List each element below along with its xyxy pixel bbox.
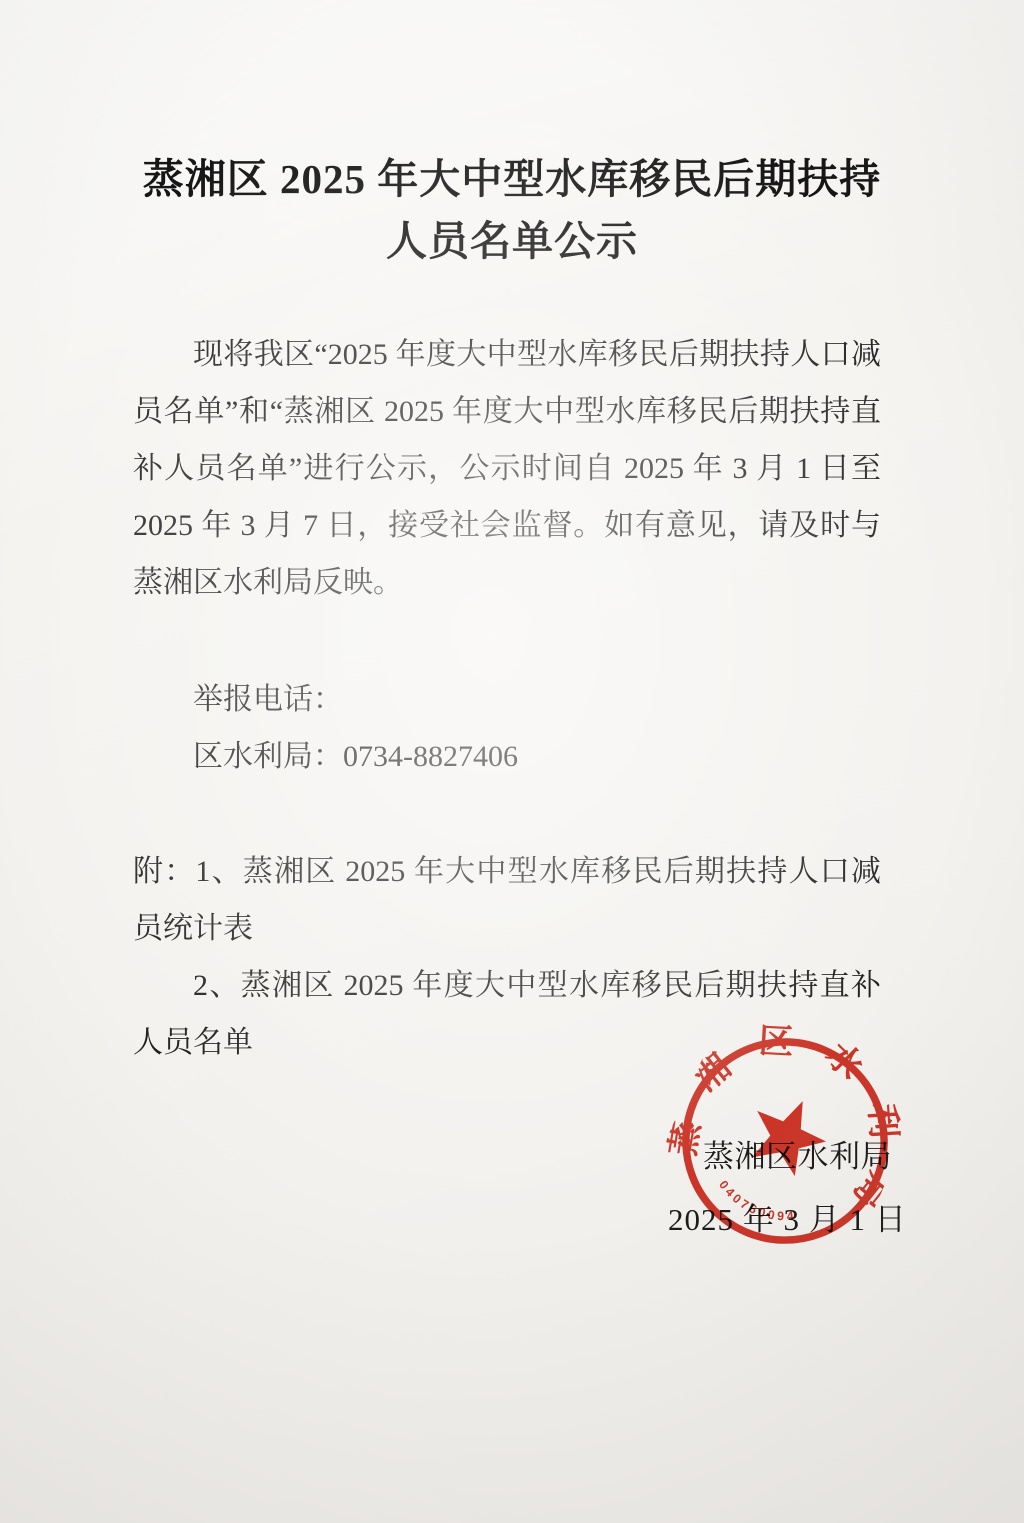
star-icon [739,1086,837,1182]
document-title: 蒸湘区 2025 年大中型水库移民后期扶持 人员名单公示 [0,148,1024,272]
document-title-line-2: 人员名单公示 [386,218,638,264]
contact-section: 举报电话： 区水利局：0734-8827406 [133,671,881,785]
notice-paragraph: 现将我区“2025 年度大中型水库移民后期扶持人口减员名单”和“蒸湘区 2025… [133,326,881,611]
document-title-line-1: 蒸湘区 2025 年大中型水库移民后期扶持 [143,156,882,202]
document-body: 现将我区“2025 年度大中型水库移民后期扶持人口减员名单”和“蒸湘区 2025… [133,326,881,1071]
attachment-item-1: 附：1、蒸湘区 2025 年大中型水库移民后期扶持人口减员统计表 [133,843,881,957]
notice-document-page: 蒸湘区 2025 年大中型水库移民后期扶持 人员名单公示 现将我区“2025 年… [0,0,1024,1523]
hotline-number: 区水利局：0734-8827406 [133,728,881,785]
hotline-label: 举报电话： [133,671,881,728]
